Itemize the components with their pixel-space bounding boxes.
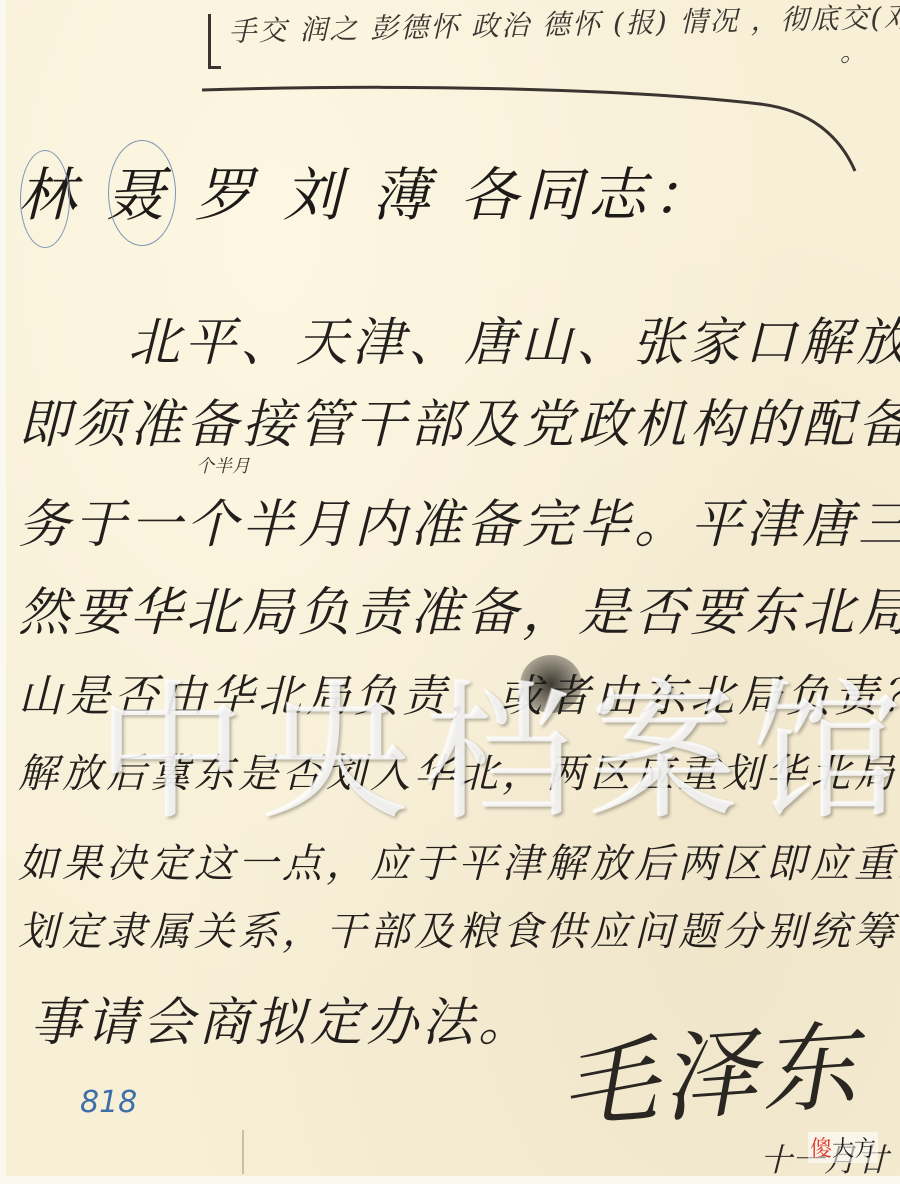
- body-line-5: 山是否由华北局负责，或者由东北局负责？: [18, 660, 900, 724]
- circle-annotation-2: [108, 140, 176, 246]
- body-line-2: 即须准备接管干部及党政机构的配备: [18, 382, 900, 457]
- header-bracket-mark: [208, 14, 221, 69]
- archive-number: 818: [80, 1085, 137, 1120]
- body-line-8: 划定隶属关系，干部及粮食供应问题分别统筹。此: [18, 900, 900, 957]
- scan-edge-left: [0, 0, 6, 1184]
- header-annotation: 手交 润之 彭德怀 政治 德怀 (报) 情况 ，彻底交(邓)小(平)等: [228, 0, 869, 50]
- signature: 毛泽东: [556, 990, 865, 1148]
- circle-annotation-1: [20, 150, 70, 248]
- site-logo-text: 大方: [832, 1137, 876, 1162]
- body-line-6: 解放后冀东是否划入华北，两区应重划华北局管辖，: [18, 742, 900, 799]
- ink-blot: [520, 655, 582, 713]
- body-line-7: 如果决定这一点，应于平津解放后两区即应重新: [18, 832, 900, 889]
- paper-crease-mark: [242, 1130, 244, 1174]
- body-line-9: 事请会商拟定办法。: [30, 980, 534, 1055]
- site-logo: 傻大方: [808, 1132, 878, 1163]
- insertion-note: 个半月: [196, 452, 250, 478]
- body-line-3: 务于一个半月内准备完毕。平津唐三城当: [18, 482, 900, 557]
- header-side-mark: 。: [840, 38, 866, 68]
- body-line-1: 北平、天津、唐山、张家口解放在即，: [128, 300, 900, 375]
- site-logo-accent: 傻: [810, 1137, 832, 1162]
- body-line-4: 然要华北局负责准备，是否要东北局协助？唐: [18, 570, 900, 645]
- letter-page: 手交 润之 彭德怀 政治 德怀 (报) 情况 ，彻底交(邓)小(平)等 。 林 …: [0, 0, 900, 1184]
